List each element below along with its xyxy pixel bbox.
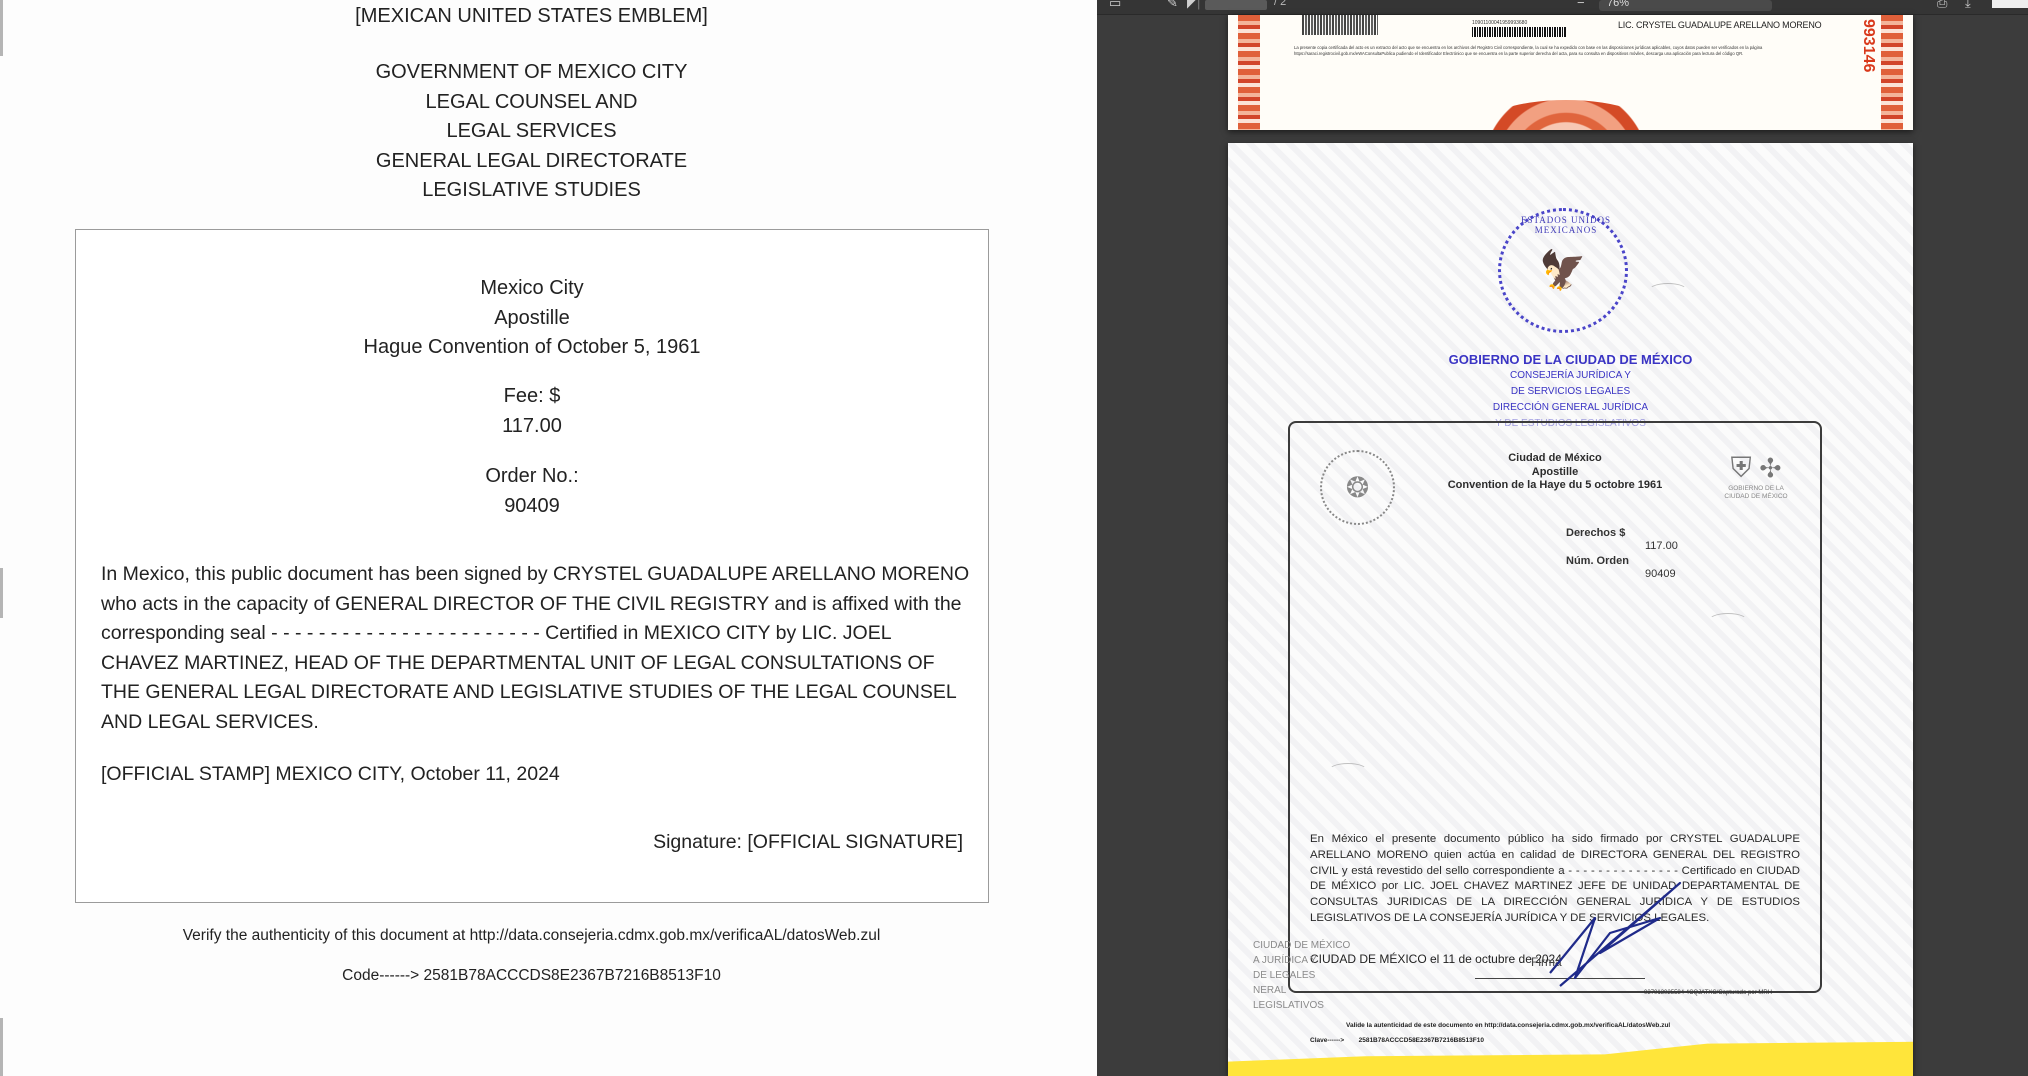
- cdmx-emblem-icon: ⛨ ✣: [1706, 451, 1806, 485]
- stamp-echo-line: CIUDAD DE MÉXICO: [1253, 938, 1350, 953]
- certification-note: La presente copia certificada del acto e…: [1294, 45, 1844, 57]
- page-number-input[interactable]: [1205, 0, 1267, 10]
- verification-code: Clave------> 2581B78ACCCD58E2367B7216B85…: [1310, 1037, 1484, 1044]
- more-icon[interactable]: [1992, 0, 2028, 8]
- order-block: Order No.: 90409: [76, 462, 988, 521]
- faded-stamp: CIUDAD DE MÉXICO A JURÍDICA Y DE LEGALES…: [1253, 938, 1350, 1013]
- download-icon[interactable]: ⤓: [1965, 0, 1971, 10]
- sidebar-icon[interactable]: ▭: [1109, 0, 1121, 10]
- scan-artifact: [1708, 613, 1748, 629]
- order-label: Núm. Orden: [1566, 555, 1678, 568]
- stamp-echo-line: A JURÍDICA Y: [1253, 953, 1350, 968]
- capture-reference: 037013025584 4CQJATXC/Capturado por MRH: [1644, 990, 1772, 996]
- verify-url-text: Valide la autenticidad de este documento…: [1346, 1022, 1670, 1029]
- print-icon[interactable]: ⎙: [1937, 0, 1947, 10]
- pdf-page-2: ESTADOS UNIDOS MEXICANOS 🦅 GOBIERNO DE L…: [1228, 143, 1913, 1076]
- scan-artifact: [1328, 763, 1368, 779]
- stamp-date-line: [OFFICIAL STAMP] MEXICO CITY, October 11…: [101, 763, 560, 786]
- decorative-border: [1238, 15, 1260, 130]
- eagle-icon: 🦅: [1539, 251, 1586, 291]
- agency-line: LEGAL COUNSEL AND: [0, 88, 1063, 118]
- zoom-select[interactable]: 76%: [1599, 0, 1772, 11]
- arms-ring-text: ESTADOS UNIDOS MEXICANOS: [1507, 215, 1625, 235]
- apostille-body: In Mexico, this public document has been…: [101, 560, 971, 738]
- pdf-viewer[interactable]: ▭ ✎ ◤ | / 2 − 76% ⎙ ⤓ 109011000419599936…: [1097, 0, 2028, 1076]
- scan-artifact: [1648, 283, 1688, 299]
- stamp-echo-line: LEGISLATIVOS: [1253, 998, 1350, 1013]
- stamp-echo-line: NERAL: [1253, 983, 1350, 998]
- apostille-heading: Mexico City Apostille Hague Convention o…: [76, 274, 988, 363]
- agency-line: GENERAL LEGAL DIRECTORATE: [0, 147, 1063, 177]
- stamp-line: DE SERVICIOS LEGALES: [1228, 384, 1913, 400]
- code-label: Clave------>: [1310, 1037, 1344, 1044]
- registrar-name: LIC. CRYSTEL GUADALUPE ARELLANO MORENO: [1618, 20, 1821, 30]
- left-edge-marker: [0, 568, 3, 618]
- agency-line: LEGISLATIVE STUDIES: [0, 176, 1063, 206]
- stamp-line: GOBIERNO DE LA CIUDAD DE MÉXICO: [1228, 352, 1913, 368]
- qr-code: [1302, 15, 1378, 35]
- handwritten-signature: [1540, 878, 1690, 988]
- fee-value: 117.00: [1566, 540, 1678, 553]
- stamp-line: DIRECCIÓN GENERAL JURÍDICA: [1228, 400, 1913, 416]
- viewer-toolbar: ▭ ✎ ◤ | / 2 − 76% ⎙ ⤓: [1097, 0, 2028, 15]
- stamp-echo-line: DE LEGALES: [1253, 968, 1350, 983]
- divider: |: [1197, 0, 1200, 10]
- highlight-icon[interactable]: ◤: [1187, 0, 1197, 10]
- order-value: 90409: [76, 492, 988, 522]
- order-label: Order No.:: [76, 462, 988, 492]
- agency-line: LEGAL SERVICES: [0, 117, 1063, 147]
- apostille-frame: ❂ Ciudad de México Apostille Convention …: [1288, 421, 1822, 993]
- cdmx-logo: ⛨ ✣ GOBIERNO DE LA CIUDAD DE MÉXICO: [1706, 451, 1806, 501]
- fee-label: Derechos $: [1566, 527, 1678, 540]
- zoom-value: 76%: [1607, 0, 1629, 9]
- fee-block: Fee: $ 117.00: [76, 382, 988, 441]
- agency-header: GOVERNMENT OF MEXICO CITY LEGAL COUNSEL …: [0, 58, 1063, 206]
- fee-value: 117.00: [76, 412, 988, 442]
- left-edge-marker: [0, 1018, 3, 1076]
- ornamental-seal: [1471, 100, 1661, 130]
- barcode-number: 10901100041959993680: [1472, 20, 1527, 26]
- code-value: 2581B78ACCCD58E2367B7216B8513F10: [1359, 1037, 1484, 1044]
- zoom-out-icon[interactable]: −: [1577, 0, 1585, 10]
- apostille-city: Mexico City: [76, 274, 988, 304]
- apostille-convention: Hague Convention of October 5, 1961: [76, 333, 988, 363]
- verification-code: Code------> 2581B78ACCCDS8E2367B7216B851…: [0, 967, 1063, 985]
- pen-icon[interactable]: ✎: [1167, 0, 1178, 10]
- folio-number: 993146: [1859, 19, 1877, 72]
- logo-text: CIUDAD DE MÉXICO: [1706, 493, 1806, 501]
- verify-url-text: Verify the authenticity of this document…: [0, 927, 1063, 945]
- apostille-title: Apostille: [76, 304, 988, 334]
- pdf-page-1: 10901100041959993680 LIC. CRYSTEL GUADAL…: [1228, 15, 1913, 130]
- page-count: / 2: [1274, 0, 1286, 8]
- barcode: [1472, 27, 1566, 37]
- apostille-box: Mexico City Apostille Hague Convention o…: [75, 229, 989, 903]
- stamp-line: CONSEJERÍA JURÍDICA Y: [1228, 368, 1913, 384]
- fees-block: Derechos $ 117.00 Núm. Orden 90409: [1566, 527, 1678, 581]
- signature-line: Signature: [OFFICIAL SIGNATURE]: [653, 831, 963, 854]
- blue-agency-stamp: GOBIERNO DE LA CIUDAD DE MÉXICO CONSEJER…: [1228, 352, 1913, 432]
- order-value: 90409: [1566, 568, 1678, 581]
- translation-document: [MEXICAN UNITED STATES EMBLEM] GOVERNMEN…: [0, 0, 1097, 1076]
- emblem-label: [MEXICAN UNITED STATES EMBLEM]: [0, 5, 1063, 28]
- decorative-border: [1881, 15, 1903, 130]
- coat-of-arms-seal: ESTADOS UNIDOS MEXICANOS 🦅: [1498, 208, 1628, 333]
- fee-label: Fee: $: [76, 382, 988, 412]
- logo-text: GOBIERNO DE LA: [1706, 485, 1806, 493]
- agency-line: GOVERNMENT OF MEXICO CITY: [0, 58, 1063, 88]
